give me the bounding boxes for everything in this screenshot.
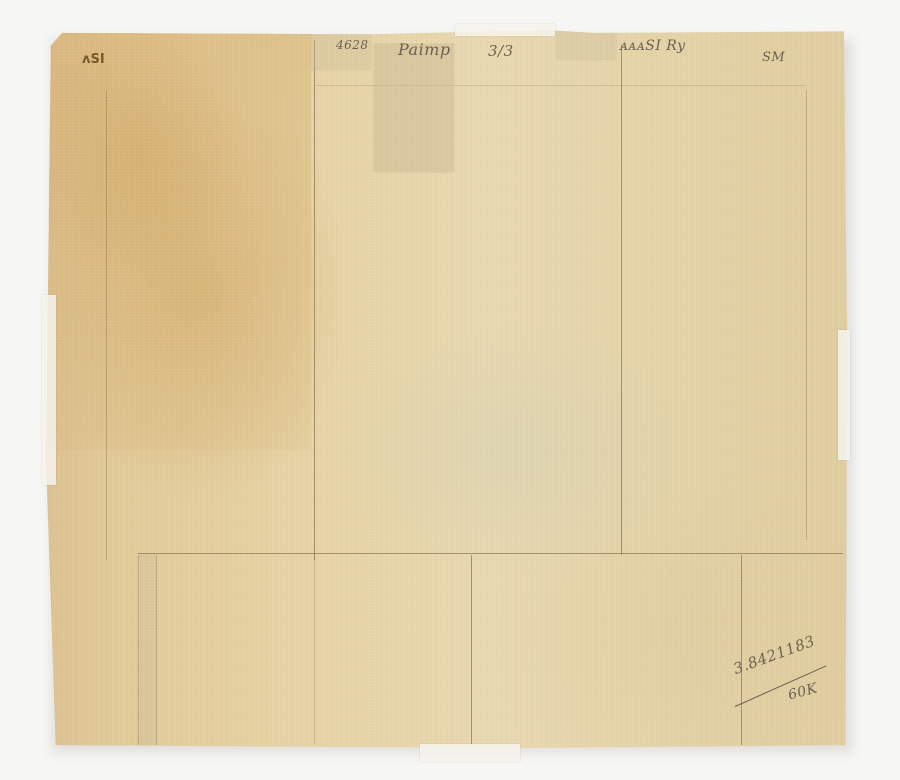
foxing-stain bbox=[46, 30, 311, 450]
fold-line bbox=[806, 90, 807, 540]
fold-line bbox=[314, 40, 315, 560]
collection-stamp: ʌSI bbox=[82, 52, 105, 67]
fold-line bbox=[106, 90, 107, 560]
title-note: Paimp bbox=[398, 40, 451, 59]
fold-line bbox=[138, 553, 843, 554]
paper-sheet bbox=[46, 30, 852, 748]
fold-line bbox=[314, 85, 806, 86]
fold-line bbox=[621, 45, 622, 555]
edge-tape-bottom bbox=[420, 744, 520, 762]
fold-line bbox=[741, 555, 742, 745]
state-fraction: 3/3 bbox=[488, 42, 514, 60]
hinge-tape bbox=[556, 30, 616, 60]
fold-line bbox=[156, 555, 157, 745]
hinge-tape bbox=[138, 555, 156, 745]
edge-tape-right bbox=[838, 330, 850, 460]
fold-line bbox=[138, 555, 139, 745]
catalogue-code: ᴀᴀᴀSI Ry bbox=[620, 38, 686, 54]
edge-tape-left bbox=[42, 295, 56, 485]
inventory-number: 4628 bbox=[336, 38, 369, 52]
fold-line bbox=[471, 555, 472, 745]
photo-stage: ʌSI 4628 Paimp 3/3 ᴀᴀᴀSI Ry SM 3.8421183… bbox=[0, 0, 900, 780]
hinge-tape bbox=[374, 44, 454, 172]
fold-line bbox=[314, 555, 315, 745]
initials-note: SM bbox=[762, 50, 785, 65]
edge-tape-top bbox=[455, 24, 555, 36]
